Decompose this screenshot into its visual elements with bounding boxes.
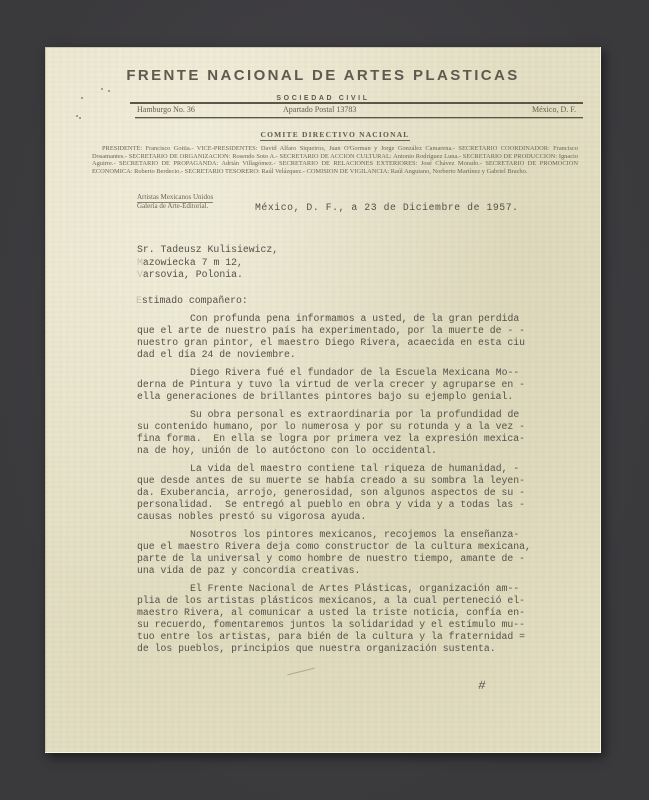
body-line: da. Exuberancia, arrojo, generosidad, so… <box>137 487 531 499</box>
body-line: que el maestro Rivera deja como construc… <box>137 541 531 553</box>
pencil-dot <box>81 97 83 99</box>
body-line: personalidad. Se entregó al pueblo en ob… <box>137 499 531 511</box>
typed-line: Sr. Tadeusz Kulisiewicz, <box>137 244 278 257</box>
body-line: La vida del maestro contiene tal riqueza… <box>137 463 531 475</box>
date-line: México, D. F., a 23 de Diciembre de 1957… <box>255 202 519 213</box>
body-line: su recuerdo, fomentaremos juntos la soli… <box>137 619 531 631</box>
body-paragraph: Con profunda pena informamos a usted, de… <box>137 313 531 361</box>
page-title: FRENTE NACIONAL DE ARTES PLASTICAS <box>45 67 601 84</box>
committee-members: PRESIDENTE: Francisco Goitia.- VICE-PRES… <box>92 145 578 175</box>
pencil-dot <box>108 90 110 92</box>
letterhead-divider-bottom <box>135 117 583 118</box>
body-line: Diego Rivera fué el fundador de la Escue… <box>137 367 531 379</box>
body-paragraph: Nosotros los pintores mexicanos, recojem… <box>137 529 531 577</box>
pencil-dot <box>79 117 81 119</box>
scan-background: { "letterhead": { "title": "FRENTE NACIO… <box>0 0 649 800</box>
body-paragraph: Diego Rivera fué el fundador de la Escue… <box>137 367 531 403</box>
hash-mark: # <box>477 679 486 693</box>
body-line: parte de la universal y como hombre de n… <box>137 553 531 565</box>
body-line: Con profunda pena informamos a usted, de… <box>137 313 531 325</box>
committee-block: COMITE DIRECTIVO NACIONAL PRESIDENTE: Fr… <box>92 124 578 175</box>
body-line: nuestro gran pintor, el maestro Diego Ri… <box>137 337 531 349</box>
body-line: que desde antes de su muerte se había cr… <box>137 475 531 487</box>
faded-character: E <box>136 295 142 306</box>
body-line: una vida de paz y concordia creativas. <box>137 565 531 577</box>
body-line: que el arte de nuestro país ha experimen… <box>137 325 531 337</box>
letterhead-street-address: Hamburgo No. 36 <box>137 105 195 114</box>
letter-body: Con profunda pena informamos a usted, de… <box>137 313 531 661</box>
body-line: de los pueblos, principios que nuestra o… <box>137 643 531 655</box>
body-paragraph: La vida del maestro contiene tal riqueza… <box>137 463 531 523</box>
typed-line: Varsovia, Polonia. <box>137 269 278 282</box>
typed-line: Estimado compañero: <box>136 295 248 308</box>
body-line: na de hoy, unión de lo autóctono con lo … <box>137 445 531 457</box>
body-line: su contenido humano, por lo numerosa y p… <box>137 421 531 433</box>
letterhead-po-box: Apartado Postal 13783 <box>283 105 356 114</box>
body-line: plia de los artistas plásticos mexicanos… <box>137 595 531 607</box>
body-paragraph: Su obra personal es extraordinaria por l… <box>137 409 531 457</box>
body-line: dad el día 24 de noviembre. <box>137 349 531 361</box>
typed-line: Mazowiecka 7 m 12, <box>137 257 278 270</box>
letter-page: FRENTE NACIONAL DE ARTES PLASTICAS SOCIE… <box>45 47 601 753</box>
faded-character: V <box>137 269 143 280</box>
pencil-dot <box>76 115 78 117</box>
letterhead-divider-top <box>130 102 583 104</box>
letterhead-city: México, D. F. <box>532 105 576 114</box>
body-line: ella generaciones de brillantes pintores… <box>137 391 531 403</box>
body-line: derna de Pintura y tuvo la virtud de ver… <box>137 379 531 391</box>
committee-heading: COMITE DIRECTIVO NACIONAL <box>260 130 409 141</box>
body-line: El Frente Nacional de Artes Plásticas, o… <box>137 583 531 595</box>
body-paragraph: El Frente Nacional de Artes Plásticas, o… <box>137 583 531 655</box>
body-line: Su obra personal es extraordinaria por l… <box>137 409 531 421</box>
scan-scratch <box>287 668 314 676</box>
faded-character: M <box>137 257 143 268</box>
salutation: Estimado compañero: <box>136 295 248 308</box>
body-line: tuo entre los artistas, para bién de la … <box>137 631 531 643</box>
body-line: maestro Rivera, al comunicar a usted la … <box>137 607 531 619</box>
body-line: causas nobles prestó su vigorosa ayuda. <box>137 511 531 523</box>
pencil-dot <box>101 88 103 90</box>
recipient-address: Sr. Tadeusz Kulisiewicz,Mazowiecka 7 m 1… <box>137 244 278 282</box>
body-line: fina forma. En ella se logra por primera… <box>137 433 531 445</box>
sender-block: Artistas Mexicanos Unidos Galería de Art… <box>137 193 213 211</box>
body-line: Nosotros los pintores mexicanos, recojem… <box>137 529 531 541</box>
sender-line-2: Galería de Arte-Editorial. <box>137 202 213 211</box>
